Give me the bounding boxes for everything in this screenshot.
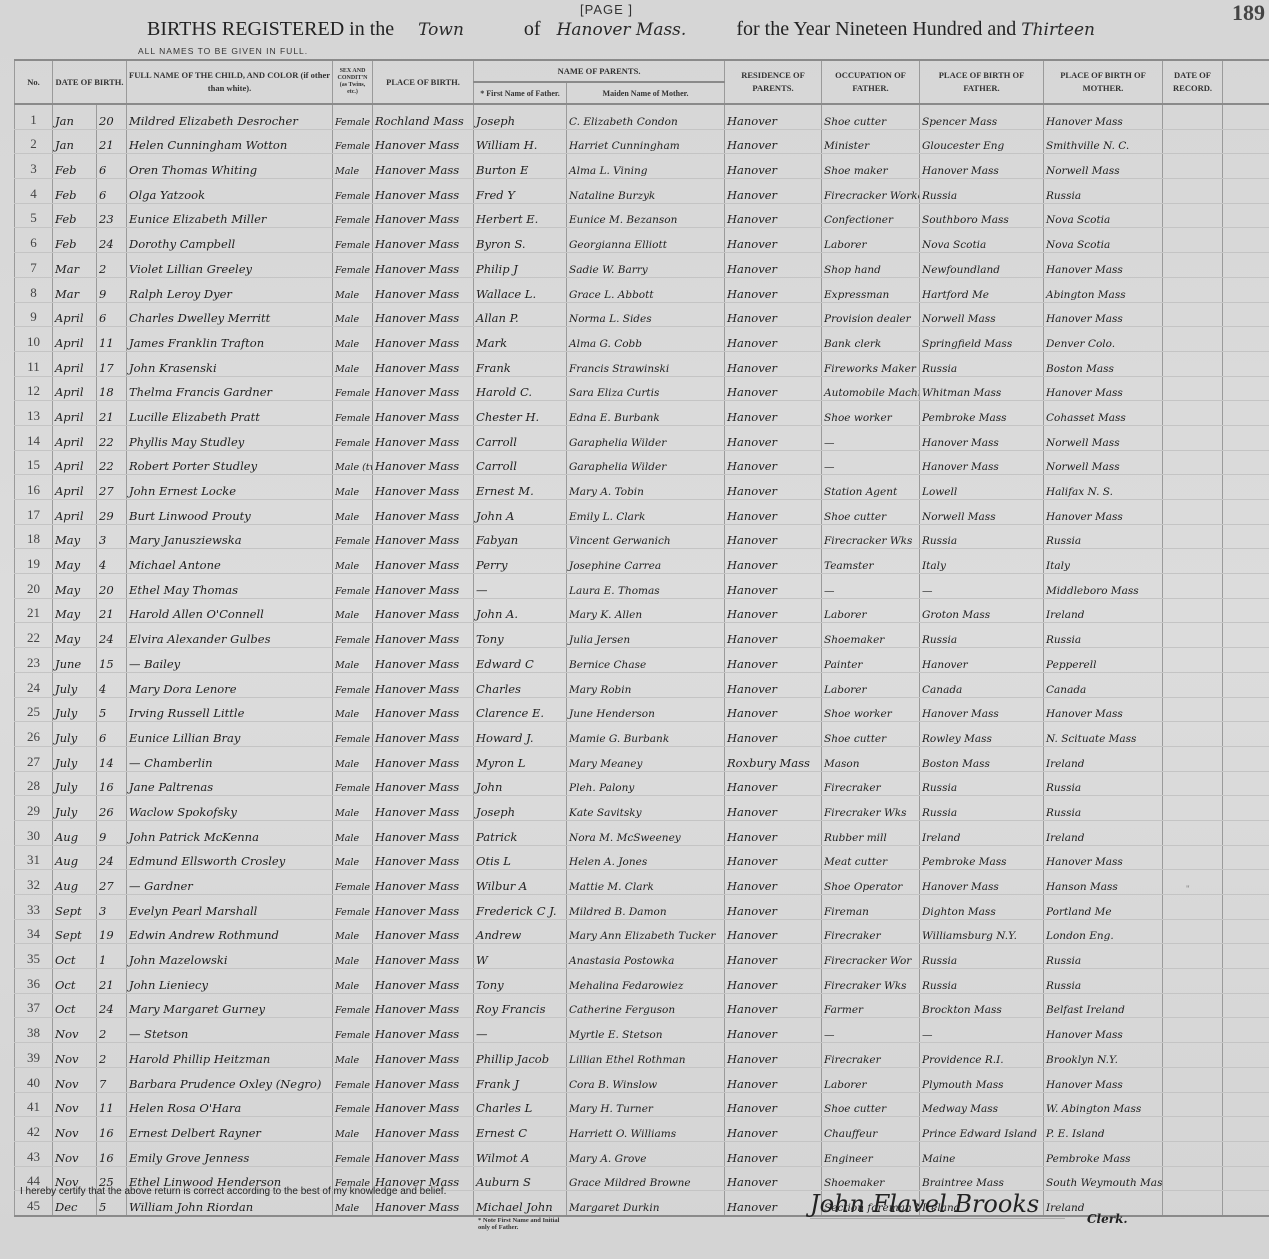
father-birthplace: Hanover — [920, 648, 1044, 673]
table-row: 4Feb6Olga YatzookFemaleHanover MassFred … — [15, 179, 1269, 204]
birth-month: April — [53, 450, 97, 475]
place-of-birth: Hanover Mass — [373, 796, 474, 821]
row-number: 19 — [15, 549, 53, 574]
place-of-birth: Hanover Mass — [373, 425, 474, 450]
blank-cell — [1223, 401, 1269, 426]
father-occupation: Firecraker — [822, 771, 920, 796]
father-occupation: — — [822, 1018, 920, 1043]
father-occupation: Farmer — [822, 993, 920, 1018]
date-of-record — [1163, 376, 1223, 401]
table-row: 33Sept3Evelyn Pearl MarshallFemaleHanove… — [15, 895, 1269, 920]
mother-maiden-name: Harriett O. Williams — [567, 1117, 725, 1142]
mother-maiden-name: Josephine Carrea — [567, 549, 725, 574]
child-name: Barbara Prudence Oxley (Negro) — [127, 1067, 333, 1092]
date-of-record — [1163, 1043, 1223, 1068]
sex: Male — [333, 1117, 373, 1142]
father-first-name: Burton E — [474, 154, 567, 179]
residence: Hanover — [725, 1141, 822, 1166]
residence: Hanover — [725, 1018, 822, 1043]
child-name: Jane Paltrenas — [127, 771, 333, 796]
table-row: 22May24Elvira Alexander GulbesFemaleHano… — [15, 623, 1269, 648]
child-name: Ernest Delbert Rayner — [127, 1117, 333, 1142]
mother-birthplace: Boston Mass — [1044, 351, 1163, 376]
father-occupation: Laborer — [822, 598, 920, 623]
mother-maiden-name: Georgianna Elliott — [567, 228, 725, 253]
father-first-name: Tony — [474, 969, 567, 994]
father-birthplace: Norwell Mass — [920, 500, 1044, 525]
mother-birthplace: Smithville N. C. — [1044, 129, 1163, 154]
birth-month: Feb — [53, 179, 97, 204]
father-first-name: Mark — [474, 327, 567, 352]
birth-month: July — [53, 771, 97, 796]
col-header-mother: Maiden Name of Mother. — [567, 82, 725, 104]
child-name: Edwin Andrew Rothmund — [127, 919, 333, 944]
birth-month: Mar — [53, 277, 97, 302]
table-row: 2Jan21Helen Cunningham WottonFemaleHanov… — [15, 129, 1269, 154]
blank-cell — [1223, 969, 1269, 994]
mother-maiden-name: Nataline Burzyk — [567, 179, 725, 204]
col-header-parents: NAME OF PARENTS. — [474, 60, 725, 82]
birth-day: 29 — [97, 500, 127, 525]
father-occupation: Shoe worker — [822, 697, 920, 722]
row-number: 12 — [15, 376, 53, 401]
birth-day: 14 — [97, 746, 127, 771]
mother-maiden-name: Helen A. Jones — [567, 845, 725, 870]
father-first-name: Edward C — [474, 648, 567, 673]
birth-day: 22 — [97, 450, 127, 475]
blank-cell — [1223, 771, 1269, 796]
blank-cell — [1223, 944, 1269, 969]
father-occupation: Fireman — [822, 895, 920, 920]
mother-maiden-name: Eunice M. Bezanson — [567, 203, 725, 228]
table-row: 30Aug9John Patrick McKennaMaleHanover Ma… — [15, 820, 1269, 845]
date-of-record — [1163, 203, 1223, 228]
sex: Male — [333, 598, 373, 623]
place-of-birth: Hanover Mass — [373, 450, 474, 475]
father-occupation: Shoe cutter — [822, 1092, 920, 1117]
child-name: Dorothy Campbell — [127, 228, 333, 253]
father-occupation: Shop hand — [822, 253, 920, 278]
place-of-birth: Hanover Mass — [373, 845, 474, 870]
father-birthplace: Rowley Mass — [920, 722, 1044, 747]
place-of-birth: Hanover Mass — [373, 1117, 474, 1142]
blank-cell — [1223, 1092, 1269, 1117]
birth-month: May — [53, 549, 97, 574]
father-first-name: Carroll — [474, 425, 567, 450]
year-suffix: Thirteen — [1021, 20, 1095, 40]
child-name: Lucille Elizabeth Pratt — [127, 401, 333, 426]
row-number: 20 — [15, 574, 53, 599]
residence: Hanover — [725, 623, 822, 648]
mother-maiden-name: Laura E. Thomas — [567, 574, 725, 599]
place-of-birth: Hanover Mass — [373, 648, 474, 673]
place-of-birth: Hanover Mass — [373, 154, 474, 179]
row-number: 10 — [15, 327, 53, 352]
blank-cell — [1223, 1018, 1269, 1043]
birth-month: July — [53, 672, 97, 697]
residence: Hanover — [725, 993, 822, 1018]
mother-birthplace: Russia — [1044, 969, 1163, 994]
mother-birthplace: Nova Scotia — [1044, 203, 1163, 228]
sex: Female — [333, 253, 373, 278]
mother-birthplace: Hanover Mass — [1044, 104, 1163, 129]
date-of-record — [1163, 746, 1223, 771]
residence: Hanover — [725, 796, 822, 821]
date-of-record — [1163, 154, 1223, 179]
child-name: Helen Cunningham Wotton — [127, 129, 333, 154]
blank-cell — [1223, 154, 1269, 179]
father-birthplace: Dighton Mass — [920, 895, 1044, 920]
birth-day: 9 — [97, 277, 127, 302]
row-number: 3 — [15, 154, 53, 179]
mother-maiden-name: Mary K. Allen — [567, 598, 725, 623]
father-first-name: Wallace L. — [474, 277, 567, 302]
residence: Hanover — [725, 697, 822, 722]
blank-cell — [1223, 1191, 1269, 1216]
mother-birthplace: Italy — [1044, 549, 1163, 574]
birth-month: Nov — [53, 1141, 97, 1166]
date-of-record — [1163, 228, 1223, 253]
birth-month: May — [53, 623, 97, 648]
row-number: 43 — [15, 1141, 53, 1166]
child-name: Eunice Lillian Bray — [127, 722, 333, 747]
row-number: 7 — [15, 253, 53, 278]
sex: Female — [333, 129, 373, 154]
blank-cell — [1223, 845, 1269, 870]
father-first-name: Wilbur A — [474, 870, 567, 895]
birth-day: 2 — [97, 1018, 127, 1043]
residence: Hanover — [725, 672, 822, 697]
child-name: Eunice Elizabeth Miller — [127, 203, 333, 228]
col-header-date-of-record: DATE OF RECORD. — [1163, 60, 1223, 104]
residence: Hanover — [725, 500, 822, 525]
birth-month: July — [53, 697, 97, 722]
mother-birthplace: P. E. Island — [1044, 1117, 1163, 1142]
table-row: 32Aug27— GardnerFemaleHanover MassWilbur… — [15, 870, 1269, 895]
table-row: 34Sept19Edwin Andrew RothmundMaleHanover… — [15, 919, 1269, 944]
place-of-birth: Hanover Mass — [373, 129, 474, 154]
birth-day: 11 — [97, 327, 127, 352]
father-occupation: Laborer — [822, 1067, 920, 1092]
blank-cell — [1223, 1117, 1269, 1142]
date-of-record — [1163, 1117, 1223, 1142]
father-occupation: Confectioner — [822, 203, 920, 228]
father-name-footnote: * Note First Name and Initial only of Fa… — [478, 1217, 566, 1231]
mother-maiden-name: Mary Robin — [567, 672, 725, 697]
father-birthplace: Plymouth Mass — [920, 1067, 1044, 1092]
child-name: Waclow Spokofsky — [127, 796, 333, 821]
col-header-place-of-birth: PLACE OF BIRTH. — [373, 60, 474, 104]
place-of-birth: Rochland Mass — [373, 104, 474, 129]
birth-month: Aug — [53, 870, 97, 895]
residence: Hanover — [725, 1191, 822, 1216]
mother-maiden-name: C. Elizabeth Condon — [567, 104, 725, 129]
table-row: 21May21Harold Allen O'ConnellMaleHanover… — [15, 598, 1269, 623]
father-birthplace: — — [920, 1018, 1044, 1043]
date-of-record — [1163, 1067, 1223, 1092]
birth-day: 3 — [97, 524, 127, 549]
row-number: 34 — [15, 919, 53, 944]
mother-maiden-name: Nora M. McSweeney — [567, 820, 725, 845]
child-name: Burt Linwood Prouty — [127, 500, 333, 525]
blank-cell — [1223, 277, 1269, 302]
row-number: 9 — [15, 302, 53, 327]
child-name: Oren Thomas Whiting — [127, 154, 333, 179]
child-name: John Lieniecy — [127, 969, 333, 994]
father-birthplace: Hartford Me — [920, 277, 1044, 302]
child-name: Evelyn Pearl Marshall — [127, 895, 333, 920]
father-first-name: Allan P. — [474, 302, 567, 327]
residence: Hanover — [725, 351, 822, 376]
child-name: Michael Antone — [127, 549, 333, 574]
row-number: 11 — [15, 351, 53, 376]
date-of-record — [1163, 919, 1223, 944]
birth-month: Oct — [53, 969, 97, 994]
father-first-name: John A — [474, 500, 567, 525]
father-birthplace: Pembroke Mass — [920, 401, 1044, 426]
residence: Hanover — [725, 253, 822, 278]
father-occupation: Mason — [822, 746, 920, 771]
father-birthplace: Lowell — [920, 475, 1044, 500]
father-first-name: Andrew — [474, 919, 567, 944]
mother-birthplace: Russia — [1044, 623, 1163, 648]
place-of-birth: Hanover Mass — [373, 351, 474, 376]
place-of-birth: Hanover Mass — [373, 1092, 474, 1117]
mother-maiden-name: Alma L. Vining — [567, 154, 725, 179]
sex: Male — [333, 500, 373, 525]
residence: Hanover — [725, 203, 822, 228]
mother-maiden-name: Julia Jersen — [567, 623, 725, 648]
father-occupation: Shoe cutter — [822, 104, 920, 129]
birth-month: Mar — [53, 253, 97, 278]
residence: Hanover — [725, 549, 822, 574]
sex: Female — [333, 993, 373, 1018]
father-birthplace: Norwell Mass — [920, 302, 1044, 327]
place-of-birth: Hanover Mass — [373, 919, 474, 944]
date-of-record — [1163, 351, 1223, 376]
father-first-name: Joseph — [474, 104, 567, 129]
birth-day: 4 — [97, 672, 127, 697]
place-of-birth: Hanover Mass — [373, 672, 474, 697]
father-first-name: Charles — [474, 672, 567, 697]
table-row: 37Oct24Mary Margaret GurneyFemaleHanover… — [15, 993, 1269, 1018]
row-number: 40 — [15, 1067, 53, 1092]
residence: Hanover — [725, 771, 822, 796]
mother-maiden-name: Edna E. Burbank — [567, 401, 725, 426]
sex: Female — [333, 895, 373, 920]
birth-day: 16 — [97, 1117, 127, 1142]
place-of-birth: Hanover Mass — [373, 895, 474, 920]
mother-birthplace: Russia — [1044, 771, 1163, 796]
birth-day: 6 — [97, 179, 127, 204]
sex: Male — [333, 154, 373, 179]
sex: Female — [333, 771, 373, 796]
father-occupation: Shoe worker — [822, 401, 920, 426]
mother-maiden-name: Sadie W. Barry — [567, 253, 725, 278]
mother-maiden-name: Cora B. Winslow — [567, 1067, 725, 1092]
residence: Hanover — [725, 1166, 822, 1191]
table-row: 13April21Lucille Elizabeth PrattFemaleHa… — [15, 401, 1269, 426]
date-of-record — [1163, 623, 1223, 648]
page-number: 189 — [1232, 0, 1265, 26]
blank-cell — [1223, 697, 1269, 722]
birth-day: 21 — [97, 969, 127, 994]
blank-cell — [1223, 228, 1269, 253]
father-first-name: Patrick — [474, 820, 567, 845]
col-header-father: * First Name of Father. — [474, 82, 567, 104]
residence: Hanover — [725, 450, 822, 475]
father-first-name: Ernest C — [474, 1117, 567, 1142]
mother-birthplace: Canada — [1044, 672, 1163, 697]
date-of-record — [1163, 672, 1223, 697]
birth-month: April — [53, 376, 97, 401]
residence: Hanover — [725, 277, 822, 302]
sex: Male — [333, 919, 373, 944]
mother-birthplace: Norwell Mass — [1044, 450, 1163, 475]
mother-birthplace: Russia — [1044, 524, 1163, 549]
sex: Male (twin) — [333, 450, 373, 475]
sex: Male — [333, 944, 373, 969]
mother-birthplace: Russia — [1044, 179, 1163, 204]
row-number: 27 — [15, 746, 53, 771]
child-name: Thelma Francis Gardner — [127, 376, 333, 401]
blank-cell — [1223, 500, 1269, 525]
child-name: Helen Rosa O'Hara — [127, 1092, 333, 1117]
table-row: 16April27John Ernest LockeMaleHanover Ma… — [15, 475, 1269, 500]
birth-month: Sept — [53, 895, 97, 920]
table-row: 41Nov11Helen Rosa O'HaraFemaleHanover Ma… — [15, 1092, 1269, 1117]
father-birthplace: Medway Mass — [920, 1092, 1044, 1117]
row-number: 21 — [15, 598, 53, 623]
father-occupation: — — [822, 425, 920, 450]
date-of-record — [1163, 425, 1223, 450]
father-first-name: Herbert E. — [474, 203, 567, 228]
row-number: 22 — [15, 623, 53, 648]
place-of-birth: Hanover Mass — [373, 302, 474, 327]
mother-birthplace: Ireland — [1044, 820, 1163, 845]
father-first-name: Harold C. — [474, 376, 567, 401]
mother-maiden-name: Mary Ann Elizabeth Tucker — [567, 919, 725, 944]
father-birthplace: Pembroke Mass — [920, 845, 1044, 870]
row-number: 33 — [15, 895, 53, 920]
place-of-birth: Hanover Mass — [373, 993, 474, 1018]
sex: Male — [333, 351, 373, 376]
row-number: 35 — [15, 944, 53, 969]
father-birthplace: Italy — [920, 549, 1044, 574]
residence: Hanover — [725, 1092, 822, 1117]
blank-cell — [1223, 129, 1269, 154]
child-name: Robert Porter Studley — [127, 450, 333, 475]
row-number: 41 — [15, 1092, 53, 1117]
sex: Female — [333, 104, 373, 129]
father-first-name: Ernest M. — [474, 475, 567, 500]
birth-month: Sept — [53, 919, 97, 944]
birth-month: April — [53, 475, 97, 500]
mother-maiden-name: Mary Meaney — [567, 746, 725, 771]
col-header-occupation: OCCUPATION OF FATHER. — [822, 60, 920, 104]
birth-month: Nov — [53, 1067, 97, 1092]
row-number: 37 — [15, 993, 53, 1018]
father-birthplace: Newfoundland — [920, 253, 1044, 278]
blank-cell — [1223, 796, 1269, 821]
mother-birthplace: Hanover Mass — [1044, 845, 1163, 870]
father-birthplace: Ireland — [920, 820, 1044, 845]
father-occupation: Shoe cutter — [822, 722, 920, 747]
birth-day: 24 — [97, 993, 127, 1018]
mother-maiden-name: Pleh. Palony — [567, 771, 725, 796]
row-number: 31 — [15, 845, 53, 870]
place-of-birth: Hanover Mass — [373, 179, 474, 204]
father-first-name: Philip J — [474, 253, 567, 278]
place-of-birth: Hanover Mass — [373, 623, 474, 648]
date-of-record — [1163, 524, 1223, 549]
table-row: 42Nov16Ernest Delbert RaynerMaleHanover … — [15, 1117, 1269, 1142]
child-name: Charles Dwelley Merritt — [127, 302, 333, 327]
mother-birthplace: Abington Mass — [1044, 277, 1163, 302]
row-number: 38 — [15, 1018, 53, 1043]
father-first-name: Byron S. — [474, 228, 567, 253]
col-header-father-birthplace: PLACE OF BIRTH OF FATHER. — [920, 60, 1044, 104]
table-row: 40Nov7Barbara Prudence Oxley (Negro)Fema… — [15, 1067, 1269, 1092]
mother-maiden-name: Sara Eliza Curtis — [567, 376, 725, 401]
date-of-record — [1163, 820, 1223, 845]
clerk-signature: John Flavel Brooks — [810, 1190, 1065, 1219]
col-header-full-name: FULL NAME OF THE CHILD, AND COLOR (if ot… — [127, 60, 333, 104]
row-number: 28 — [15, 771, 53, 796]
father-birthplace: Russia — [920, 623, 1044, 648]
row-number: 5 — [15, 203, 53, 228]
blank-cell — [1223, 104, 1269, 129]
child-name: James Franklin Trafton — [127, 327, 333, 352]
father-first-name: Chester H. — [474, 401, 567, 426]
date-of-record — [1163, 327, 1223, 352]
birth-month: Aug — [53, 820, 97, 845]
sex: Female — [333, 870, 373, 895]
sex: Female (twin) — [333, 425, 373, 450]
sex: Male — [333, 327, 373, 352]
blank-cell — [1223, 1067, 1269, 1092]
mother-birthplace: Ireland — [1044, 598, 1163, 623]
father-first-name: W — [474, 944, 567, 969]
blank-cell — [1223, 870, 1269, 895]
table-row: 7Mar2Violet Lillian GreeleyFemaleHanover… — [15, 253, 1269, 278]
birth-month: Nov — [53, 1092, 97, 1117]
child-name: Violet Lillian Greeley — [127, 253, 333, 278]
birth-month: May — [53, 598, 97, 623]
instruction-text: ALL NAMES TO BE GIVEN IN FULL. — [138, 46, 308, 56]
table-row: 9April6Charles Dwelley MerrittMaleHanove… — [15, 302, 1269, 327]
blank-cell — [1223, 179, 1269, 204]
blank-cell — [1223, 549, 1269, 574]
mother-birthplace: Pepperell — [1044, 648, 1163, 673]
father-birthplace: Gloucester Eng — [920, 129, 1044, 154]
blank-cell — [1223, 253, 1269, 278]
sex: Female — [333, 722, 373, 747]
mother-birthplace: Hanover Mass — [1044, 697, 1163, 722]
blank-cell — [1223, 302, 1269, 327]
row-number: 17 — [15, 500, 53, 525]
father-occupation: Bank clerk — [822, 327, 920, 352]
residence: Hanover — [725, 944, 822, 969]
mother-birthplace: London Eng. — [1044, 919, 1163, 944]
blank-cell — [1223, 475, 1269, 500]
place-of-birth: Hanover Mass — [373, 228, 474, 253]
sex: Female — [333, 623, 373, 648]
father-birthplace: Nova Scotia — [920, 228, 1044, 253]
place-of-birth: Hanover Mass — [373, 376, 474, 401]
sex: Female — [333, 401, 373, 426]
father-occupation: — — [822, 450, 920, 475]
